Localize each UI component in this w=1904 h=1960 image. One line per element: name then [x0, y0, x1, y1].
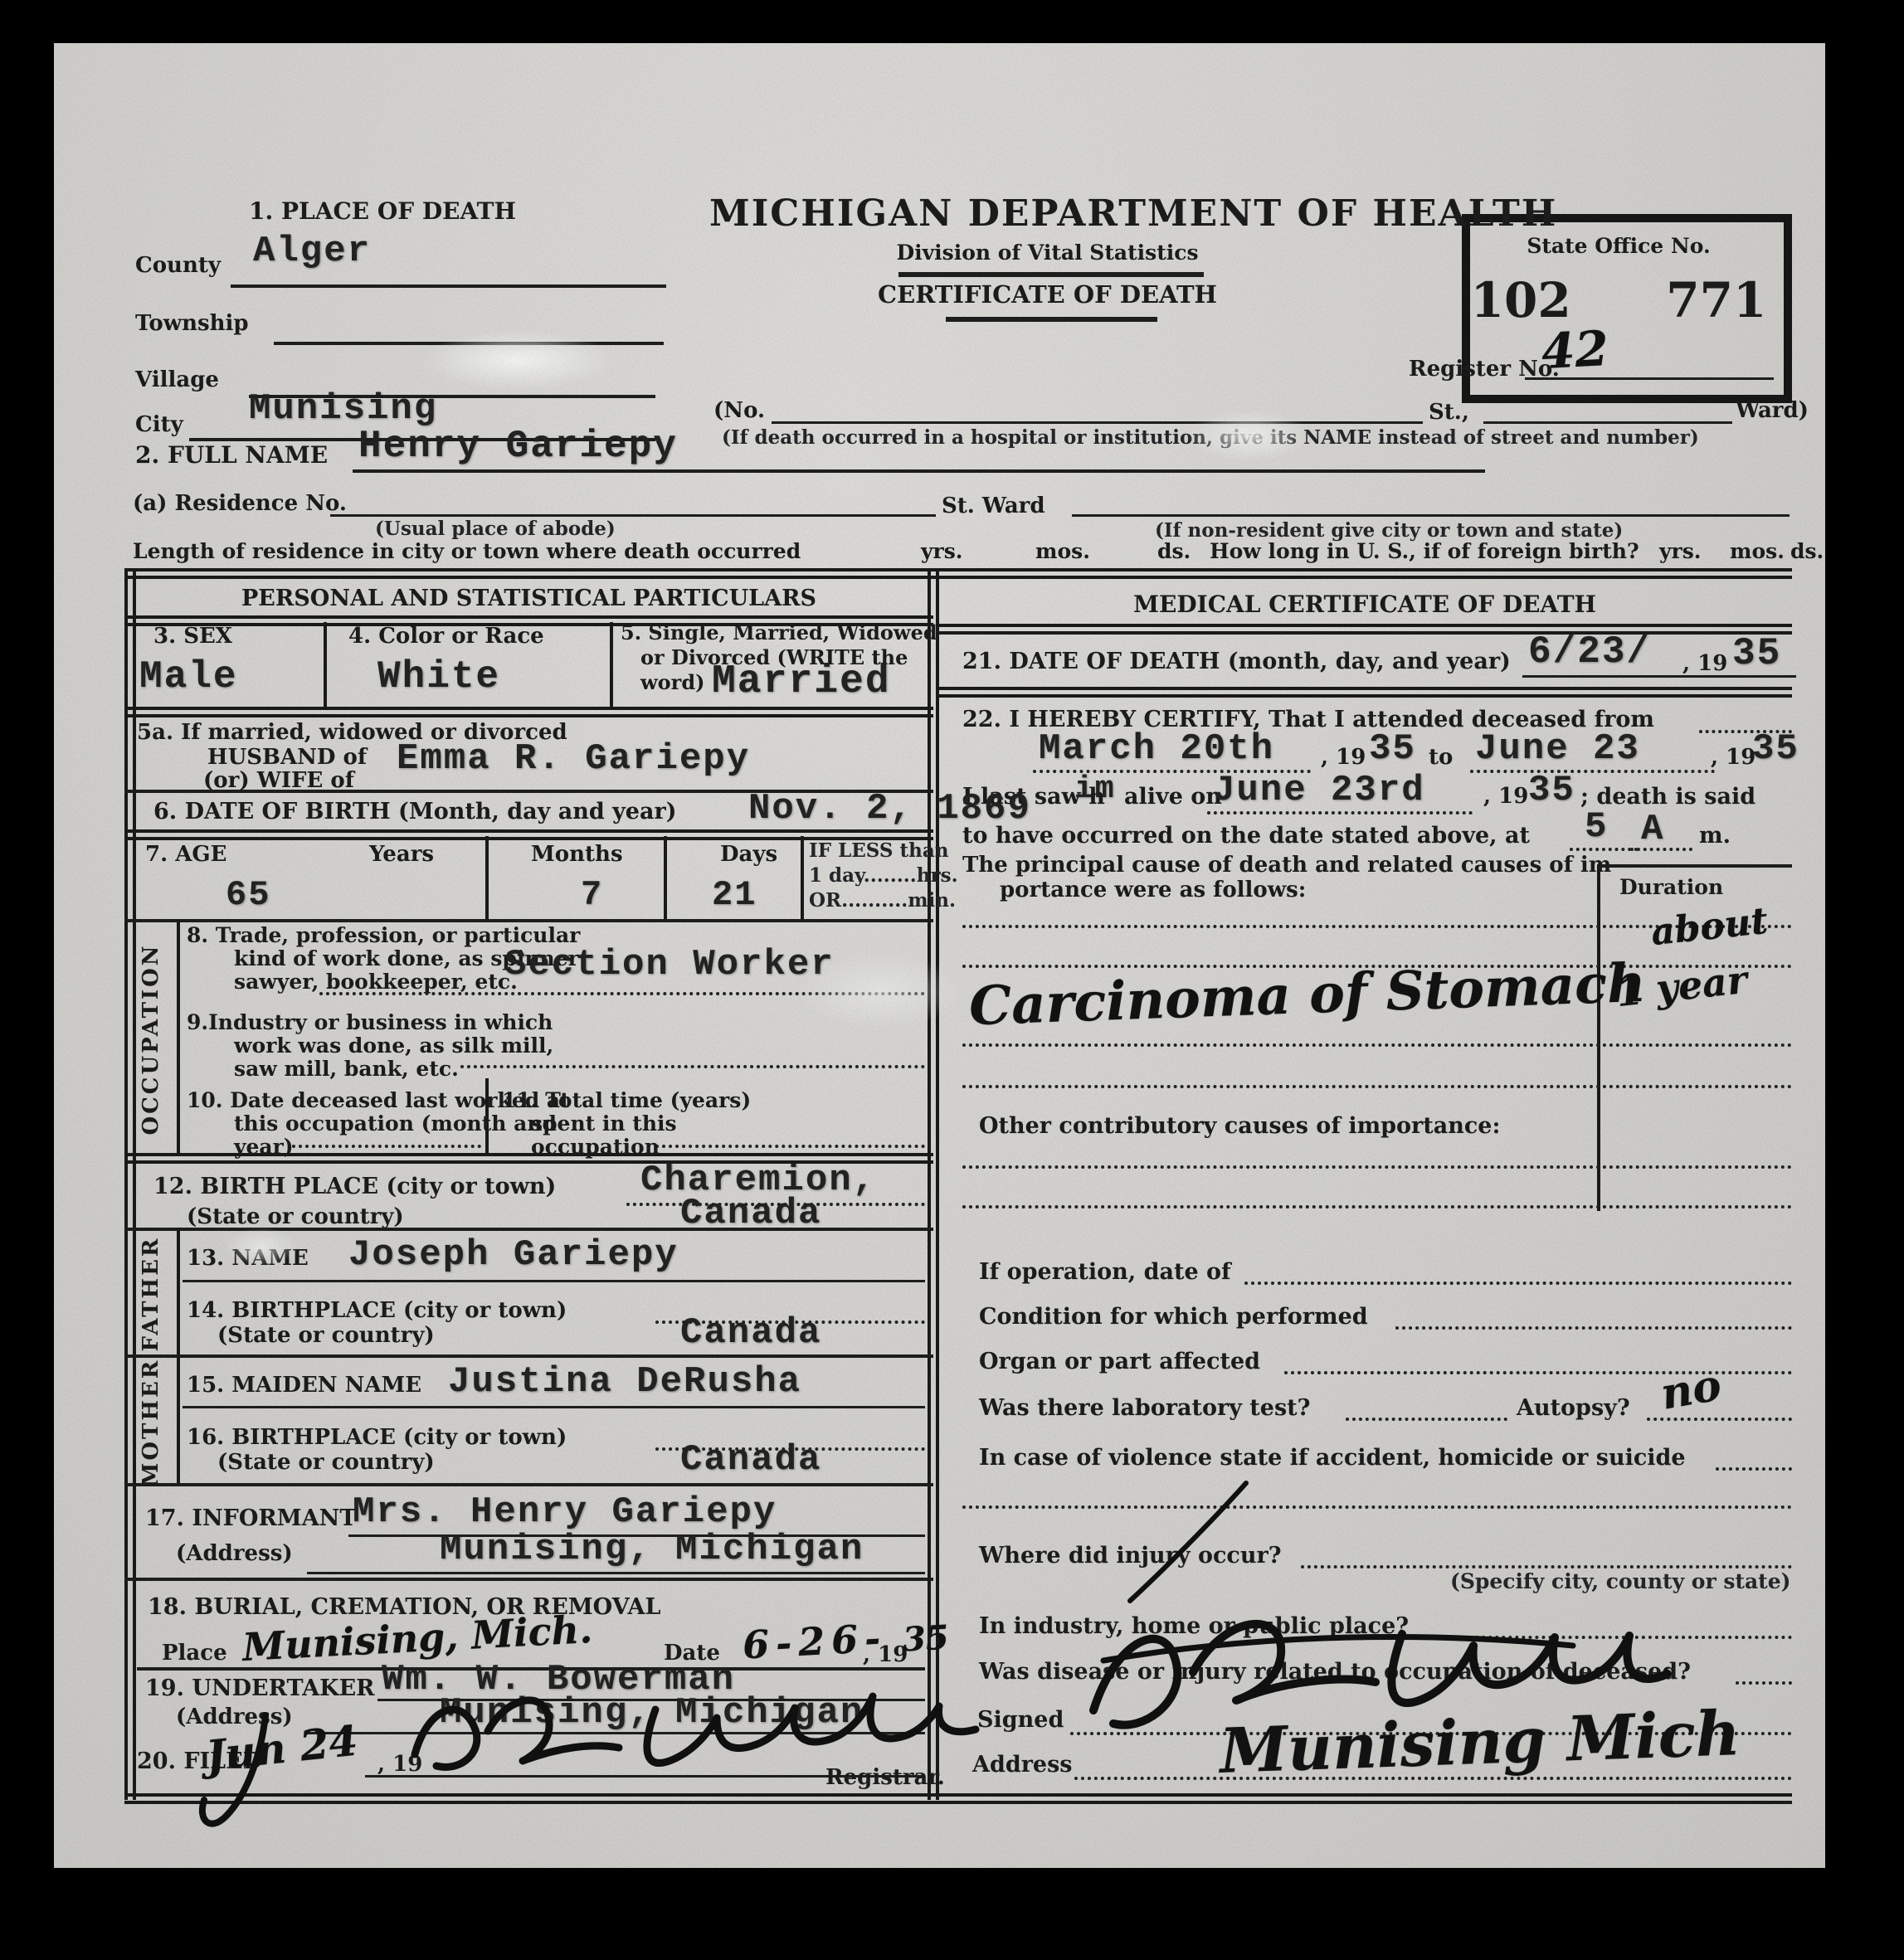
mother-bp-value: Canada	[680, 1439, 821, 1481]
birthplace-state-label: (State or country)	[187, 1204, 404, 1229]
village-label: Village	[135, 367, 219, 392]
injury-label: Where did injury occur?	[979, 1543, 1282, 1568]
operation-label: If operation, date of	[979, 1259, 1231, 1285]
operation-line	[1244, 1282, 1792, 1285]
attended-to-label: to	[1429, 745, 1453, 770]
attended-to-value: June 23	[1475, 728, 1640, 770]
table-bottom-rule	[124, 1793, 1792, 1804]
contributory-line-2	[962, 1205, 1792, 1209]
ds-label-1: ds.	[1157, 539, 1191, 563]
spouse-value: Emma R. Gariepy	[397, 738, 750, 780]
county-value: Alger	[253, 231, 371, 272]
mother-bp-label: 16. BIRTHPLACE (city or town)	[187, 1425, 567, 1450]
father-name-line	[183, 1280, 925, 1282]
dod-value: 6/23/	[1528, 630, 1651, 674]
register-number: 42	[1540, 320, 1609, 380]
ifless-label-1: IF LESS than	[809, 839, 949, 862]
father-strip-divider	[177, 1228, 180, 1358]
ds-label-2: ds.	[1790, 539, 1824, 563]
organ-label: Organ or part affected	[979, 1349, 1260, 1374]
lastsaw-line	[1207, 811, 1473, 815]
division-rule	[898, 272, 1204, 277]
department-title: MICHIGAN DEPARTMENT OF HEALTH	[709, 192, 1385, 235]
lastsaw-year19: , 19	[1483, 784, 1528, 809]
married5a-label-2: HUSBAND of	[207, 745, 367, 770]
birthplace-country-value: Canada	[680, 1193, 821, 1234]
father-name-value: Joseph Gariepy	[348, 1234, 679, 1276]
lastsaw-im-value: im	[1074, 771, 1116, 807]
father-bottom-line	[124, 1354, 933, 1358]
city-value: Munising	[249, 388, 437, 430]
race-value: White	[377, 655, 500, 698]
ifless-label-3: OR..........min.	[809, 889, 956, 912]
condition-label: Condition for which performed	[979, 1304, 1368, 1330]
cause-label-1: The principal cause of death and related…	[962, 853, 1620, 878]
mother-name-line	[183, 1406, 925, 1408]
marital-label-3: word)	[640, 670, 704, 694]
residence-line	[330, 514, 936, 517]
autopsy-label: Autopsy?	[1517, 1395, 1630, 1421]
disease-occupation-label: Was disease or injury related to occupat…	[979, 1659, 1691, 1685]
filed-year19-label: , 19	[377, 1752, 422, 1777]
mother-bottom-line	[124, 1483, 933, 1486]
violence-line-1	[1716, 1467, 1792, 1471]
m-label: m.	[1699, 823, 1731, 849]
lastsaw-date-value: June 23rd	[1213, 770, 1425, 811]
burial-year-value: 35	[902, 1618, 950, 1660]
trade-value: Section Worker	[504, 944, 835, 985]
fullname-value: Henry Gariepy	[358, 425, 678, 468]
age-years-value: 65	[226, 875, 270, 915]
address-label: Address	[972, 1752, 1073, 1778]
mother-name-label: 15. MAIDEN NAME	[187, 1373, 421, 1398]
attended-to-year19: , 19	[1711, 745, 1755, 770]
lastworked-label-3: year)	[234, 1135, 294, 1159]
nonresident-note: (If non-resident give city or town and s…	[1155, 519, 1623, 542]
sex-race-divider	[324, 622, 327, 707]
specify-note: (Specify city, county or state)	[1450, 1569, 1790, 1593]
dod-line	[1522, 675, 1796, 678]
trade-label-3: sawyer, bookkeeper, etc.	[234, 970, 518, 994]
dod-year-value: 35	[1732, 632, 1781, 675]
dob-label: 6. DATE OF BIRTH (Month, day and year)	[153, 799, 676, 824]
industry-place-line	[1429, 1636, 1792, 1639]
residence-label: (a) Residence No.	[133, 491, 347, 516]
dod-year19-label: , 19	[1682, 651, 1727, 676]
father-name-label: 13. NAME	[187, 1246, 309, 1271]
burial-place-label: Place	[162, 1641, 227, 1666]
industry-label-3: saw mill, bank, etc.	[234, 1057, 459, 1081]
years-label: Years	[369, 842, 434, 867]
dob-value: Nov. 2, 1869	[748, 788, 1031, 829]
informant-label: 17. INFORMANT	[145, 1505, 356, 1531]
state-office-number: 102 771	[1470, 272, 1767, 328]
age-divider-2	[664, 836, 667, 919]
married5a-label-3: (or) WIFE of	[203, 768, 354, 793]
city-label: City	[135, 412, 183, 437]
fullname-line	[353, 469, 1485, 473]
undertaker-address-value: Munising, Michigan	[440, 1692, 864, 1734]
fullname-label: 2. FULL NAME	[135, 441, 328, 469]
hospital-no-line	[772, 421, 1423, 424]
personal-heading: PERSONAL AND STATISTICAL PARTICULARS	[124, 586, 933, 611]
age-label: 7. AGE	[145, 842, 226, 867]
lab-test-line	[1346, 1418, 1507, 1421]
birthplace-label: 12. BIRTH PLACE (city or town)	[153, 1174, 556, 1199]
mother-bp-state-label: (State or country)	[217, 1450, 435, 1475]
howlong-label: How long in U. S., if of foreign birth?	[1210, 539, 1639, 563]
occupation-strip-divider	[177, 919, 180, 1155]
lastworked-label-2: this occupation (month and	[234, 1111, 557, 1136]
attended-from-value: March 20th	[1039, 728, 1274, 770]
cause-label-2: portance were as follows:	[1000, 878, 1306, 902]
occurred-label: to have occurred on the date stated abov…	[962, 823, 1530, 849]
undertaker-label: 19. UNDERTAKER	[145, 1675, 375, 1701]
age-months-value: 7	[581, 875, 603, 915]
violence-label: In case of violence state if accident, h…	[979, 1445, 1686, 1471]
race-marital-divider	[610, 622, 613, 707]
hour-value: 5	[1585, 806, 1608, 848]
lastsaw-label-2: alive on	[1124, 784, 1222, 810]
medical-heading: MEDICAL CERTIFICATE OF DEATH	[937, 591, 1792, 618]
contributory-line-1	[962, 1165, 1792, 1169]
informant-bottom-line	[124, 1578, 933, 1581]
hour-line	[1570, 848, 1638, 851]
duration-box-left	[1597, 864, 1600, 1211]
violence-line-2	[962, 1505, 1792, 1509]
days-label: Days	[720, 842, 777, 867]
father-bp-value: Canada	[680, 1312, 821, 1354]
father-bp-label: 14. BIRTHPLACE (city or town)	[187, 1298, 567, 1323]
abode-note: (Usual place of abode)	[375, 518, 616, 540]
county-line	[231, 285, 666, 288]
mos-label-2: mos.	[1730, 539, 1785, 563]
st-ward-line	[1072, 514, 1790, 517]
attended-to-year-value: 35	[1752, 728, 1799, 770]
county-label: County	[135, 253, 221, 278]
contributory-label: Other contributory causes of importance:	[979, 1113, 1500, 1139]
totaltime-line	[655, 1145, 925, 1148]
length-residence-label: Length of residence in city or town wher…	[133, 539, 801, 563]
dod-label: 21. DATE OF DEATH (month, day, and year)	[962, 649, 1511, 674]
injury-line	[1301, 1565, 1792, 1568]
condition-line	[1395, 1326, 1792, 1330]
autopsy-value: no	[1657, 1359, 1725, 1420]
cause-line-3	[962, 1043, 1792, 1047]
duration-label: Duration	[1619, 875, 1723, 899]
ifless-label-2: 1 day........hrs.	[809, 864, 958, 887]
mother-side-label: MOTHER	[139, 1257, 163, 1588]
row5-bottom-rule	[124, 707, 933, 717]
mother-name-value: Justina DeRusha	[448, 1361, 801, 1403]
months-label: Months	[531, 842, 623, 867]
disease-occupation-line	[1736, 1681, 1792, 1685]
industry-label-1: 9.Industry or business in which	[187, 1010, 553, 1034]
certificate-title: CERTIFICATE OF DEATH	[709, 280, 1385, 309]
sex-value: Male	[139, 655, 237, 698]
sex-label: 3. SEX	[153, 624, 232, 649]
table-top-rule	[124, 568, 1792, 579]
signed-label: Signed	[977, 1707, 1064, 1733]
mos-label-1: mos.	[1035, 539, 1090, 563]
ampm-value: A	[1641, 809, 1664, 850]
township-line	[274, 342, 664, 345]
division-subtitle: Division of Vital Statistics	[709, 241, 1385, 265]
township-label: Township	[135, 311, 249, 336]
informant-address-label: (Address)	[176, 1541, 293, 1566]
informant-address-line	[307, 1572, 925, 1574]
attended-from-year19: , 19	[1321, 745, 1366, 770]
father-bp-state-label: (State or country)	[217, 1323, 435, 1348]
table-left-border	[124, 568, 136, 1800]
certificate-rule	[946, 317, 1157, 322]
lastsaw-year-value: 35	[1528, 770, 1575, 811]
burial-date-value: 6-26-	[742, 1615, 889, 1667]
marital-value: Married	[712, 659, 891, 704]
industry-place-label: In industry, home or public place?	[979, 1613, 1409, 1639]
death-certificate-scan: { "top": { "section1": "1. PLACE OF DEAT…	[0, 0, 1904, 1960]
industry-line	[460, 1065, 925, 1068]
age-bottom-line	[124, 919, 933, 922]
state-office-label: State Office No.	[1470, 234, 1767, 258]
attended-from-year-value: 35	[1369, 728, 1416, 770]
totaltime-label-2: spent in this	[531, 1111, 677, 1136]
marital-label-1: 5. Single, Married, Widowed	[621, 620, 937, 644]
informant-value: Mrs. Henry Gariepy	[353, 1491, 777, 1533]
yrs-label-1: yrs.	[921, 539, 962, 563]
hospital-note: (If death occurred in a hospital or inst…	[722, 426, 1699, 449]
cause-line-4	[962, 1085, 1792, 1088]
lastworked-line	[292, 1145, 481, 1148]
race-label: 4. Color or Race	[348, 624, 544, 649]
registrar-label: Registrar.	[825, 1765, 945, 1790]
column-divider	[928, 568, 939, 1800]
age-divider-1	[485, 836, 489, 919]
attended-to-line	[1470, 770, 1715, 773]
duration-box-top	[1597, 864, 1792, 868]
hospital-no-label: (No.	[713, 398, 765, 423]
register-label: Register No.	[1409, 357, 1560, 382]
age-days-value: 21	[712, 875, 757, 915]
informant-address-value: Munising, Michigan	[440, 1529, 864, 1570]
totaltime-label-3: occupation	[531, 1135, 660, 1159]
medical-heading-rule	[937, 624, 1792, 635]
totaltime-label-1: 11. Total time (years)	[502, 1088, 751, 1112]
st-ward-label: St. Ward	[942, 494, 1045, 518]
hospital-st-line	[1483, 421, 1732, 424]
yrs-label-2: yrs.	[1659, 539, 1701, 563]
age-divider-3	[801, 836, 804, 919]
industry-label-2: work was done, as silk mill,	[234, 1033, 553, 1058]
mother-strip-divider	[177, 1358, 180, 1486]
place-of-death-title: 1. PLACE OF DEATH	[249, 197, 516, 225]
hospital-ward-label: Ward)	[1736, 398, 1809, 423]
hospital-st-label: St.,	[1429, 400, 1469, 425]
dod-bottom-rule	[937, 687, 1792, 698]
lab-test-label: Was there laboratory test?	[979, 1395, 1310, 1421]
